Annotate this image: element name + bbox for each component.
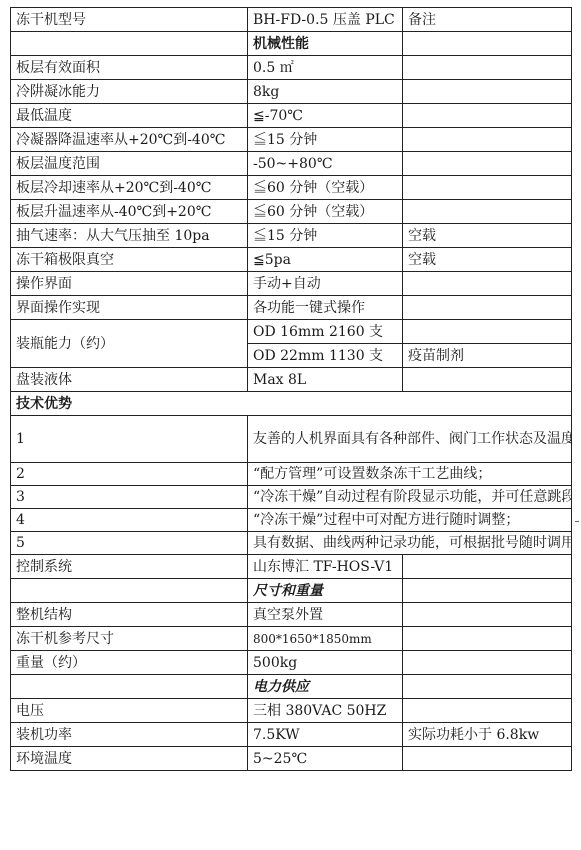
row-remark: [403, 56, 572, 80]
row-label: 板层升温速率从-40℃到+20℃: [11, 200, 248, 224]
advantage-number: 1: [11, 416, 248, 463]
row-remark: [403, 555, 572, 579]
row-remark: [403, 152, 572, 176]
row-value: OD 22mm 1130 支: [248, 344, 403, 368]
advantage-text: “配方管理”可设置数条冻干工艺曲线；: [248, 463, 572, 486]
spec-table: 冻干机型号 BH-FD-0.5 压盖 PLC 备注 机械性能 板层有效面积 0.…: [10, 7, 572, 771]
section-row-mechanical: 机械性能: [11, 32, 572, 56]
table-row: 板层温度范围 -50~+80℃: [11, 152, 572, 176]
row-remark: [403, 128, 572, 152]
section-row-power: 电力供应: [11, 675, 572, 699]
row-label: 冻干机参考尺寸: [11, 627, 248, 651]
section-row-dimensions: 尺寸和重量: [11, 579, 572, 603]
row-remark: [403, 176, 572, 200]
advantage-row: 3 “冷冻干燥”自动过程有阶段显示功能，并可任意跳段；: [11, 486, 572, 509]
advantage-text: 友善的人机界面具有各种部件、阀门工作状态及温度、真空度参数显示；: [248, 416, 572, 463]
row-remark: [403, 699, 572, 723]
row-label: 最低温度: [11, 104, 248, 128]
section-title-mechanical: 机械性能: [248, 32, 403, 56]
advantage-text: “冷冻干燥”自动过程有阶段显示功能，并可任意跳段；: [248, 486, 572, 509]
row-label: 抽气速率：从大气压抽至 10pa: [11, 224, 248, 248]
table-row: 盘装液体 Max 8L: [11, 368, 572, 392]
row-remark: [403, 296, 572, 320]
row-label: 界面操作实现: [11, 296, 248, 320]
section-row-advantages: 技术优势: [11, 392, 572, 416]
advantage-text: 具有数据、曲线两种记录功能，可根据批号随时调用或打印；: [248, 532, 572, 555]
row-value: ≦-70℃: [248, 104, 403, 128]
row-label: 冻干箱极限真空: [11, 248, 248, 272]
row-remark: 空载: [403, 248, 572, 272]
row-value: 山东博汇 TF-HOS-V1: [248, 555, 403, 579]
table-row: 装机功率 7.5KW 实际功耗小于 6.8kw: [11, 723, 572, 747]
advantage-row: 1 友善的人机界面具有各种部件、阀门工作状态及温度、真空度参数显示；: [11, 416, 572, 463]
row-label: 控制系统: [11, 555, 248, 579]
table-row: 最低温度 ≦-70℃: [11, 104, 572, 128]
table-row: 冷阱凝冰能力 8kg: [11, 80, 572, 104]
row-value: 三相 380VAC 50HZ: [248, 699, 403, 723]
row-remark: [403, 747, 572, 771]
row-value: Max 8L: [248, 368, 403, 392]
row-remark: [403, 368, 572, 392]
advantage-row: 4 “冷冻干燥”过程中可对配方进行随时调整；: [11, 509, 572, 532]
table-row: 环境温度 5~25℃: [11, 747, 572, 771]
row-remark: [403, 651, 572, 675]
section-title-advantages: 技术优势: [11, 392, 572, 416]
table-row: 板层有效面积 0.5 ㎡: [11, 56, 572, 80]
row-label: 重量（约）: [11, 651, 248, 675]
header-row: 冻干机型号 BH-FD-0.5 压盖 PLC 备注: [11, 8, 572, 32]
row-value: OD 16mm 2160 支: [248, 320, 403, 344]
table-row: 整机结构 真空泵外置: [11, 603, 572, 627]
advantage-number: 2: [11, 463, 248, 486]
row-remark: [403, 603, 572, 627]
table-row: 控制系统 山东博汇 TF-HOS-V1: [11, 555, 572, 579]
row-label: 冷凝器降温速率从+20℃到-40℃: [11, 128, 248, 152]
table-row: 电压 三相 380VAC 50HZ: [11, 699, 572, 723]
row-remark: 空载: [403, 224, 572, 248]
table-row: 界面操作实现 各功能一键式操作: [11, 296, 572, 320]
row-value: 0.5 ㎡: [248, 56, 403, 80]
row-label: 盘装液体: [11, 368, 248, 392]
advantage-text: “冷冻干燥”过程中可对配方进行随时调整；: [248, 509, 572, 532]
row-value: 800*1650*1850mm: [248, 627, 403, 651]
row-remark: 实际功耗小于 6.8kw: [403, 723, 572, 747]
row-value: 各功能一键式操作: [248, 296, 403, 320]
row-remark: [403, 272, 572, 296]
row-label: 操作界面: [11, 272, 248, 296]
row-value: 7.5KW: [248, 723, 403, 747]
row-label: 环境温度: [11, 747, 248, 771]
advantage-number: 5: [11, 532, 248, 555]
table-row: 板层冷却速率从+20℃到-40℃ ≦60 分钟（空载）: [11, 176, 572, 200]
row-remark: [403, 104, 572, 128]
row-label: 板层冷却速率从+20℃到-40℃: [11, 176, 248, 200]
row-label: 电压: [11, 699, 248, 723]
row-value: ≦60 分钟（空载）: [248, 176, 403, 200]
table-row: 冻干箱极限真空 ≦5pa 空载: [11, 248, 572, 272]
row-value: 5~25℃: [248, 747, 403, 771]
row-remark: [403, 320, 572, 344]
advantage-number: 4: [11, 509, 248, 532]
advantage-row: 2 “配方管理”可设置数条冻干工艺曲线；: [11, 463, 572, 486]
row-label: 冷阱凝冰能力: [11, 80, 248, 104]
row-remark: 疫苗制剂: [403, 344, 572, 368]
bottle-capacity-label: 装瓶能力（约）: [11, 320, 248, 368]
model-label: 冻干机型号: [11, 8, 248, 32]
row-remark: [403, 80, 572, 104]
table-row: 抽气速率：从大气压抽至 10pa ≦15 分钟 空载: [11, 224, 572, 248]
table-row-bottle-1: 装瓶能力（约） OD 16mm 2160 支: [11, 320, 572, 344]
row-remark: [403, 200, 572, 224]
row-value: ≦15 分钟: [248, 128, 403, 152]
row-value: 500kg: [248, 651, 403, 675]
row-value: ≦5pa: [248, 248, 403, 272]
table-row: 板层升温速率从-40℃到+20℃ ≦60 分钟（空载）: [11, 200, 572, 224]
model-value: BH-FD-0.5 压盖 PLC: [248, 8, 403, 32]
row-remark: [403, 627, 572, 651]
row-value: -50~+80℃: [248, 152, 403, 176]
row-label: 板层有效面积: [11, 56, 248, 80]
row-label: 装机功率: [11, 723, 248, 747]
table-row: 重量（约） 500kg: [11, 651, 572, 675]
table-row: 操作界面 手动+自动: [11, 272, 572, 296]
row-label: 整机结构: [11, 603, 248, 627]
row-value: ≦15 分钟: [248, 224, 403, 248]
stray-tick-mark: [575, 521, 579, 522]
advantage-row: 5 具有数据、曲线两种记录功能，可根据批号随时调用或打印；: [11, 532, 572, 555]
table-row: 冷凝器降温速率从+20℃到-40℃ ≦15 分钟: [11, 128, 572, 152]
advantage-number: 3: [11, 486, 248, 509]
row-value: 手动+自动: [248, 272, 403, 296]
remark-header: 备注: [403, 8, 572, 32]
section-title-dimensions: 尺寸和重量: [248, 579, 403, 603]
section-title-power: 电力供应: [248, 675, 403, 699]
row-label: 板层温度范围: [11, 152, 248, 176]
table-row: 冻干机参考尺寸 800*1650*1850mm: [11, 627, 572, 651]
row-value: 8kg: [248, 80, 403, 104]
row-value: ≦60 分钟（空载）: [248, 200, 403, 224]
row-value: 真空泵外置: [248, 603, 403, 627]
